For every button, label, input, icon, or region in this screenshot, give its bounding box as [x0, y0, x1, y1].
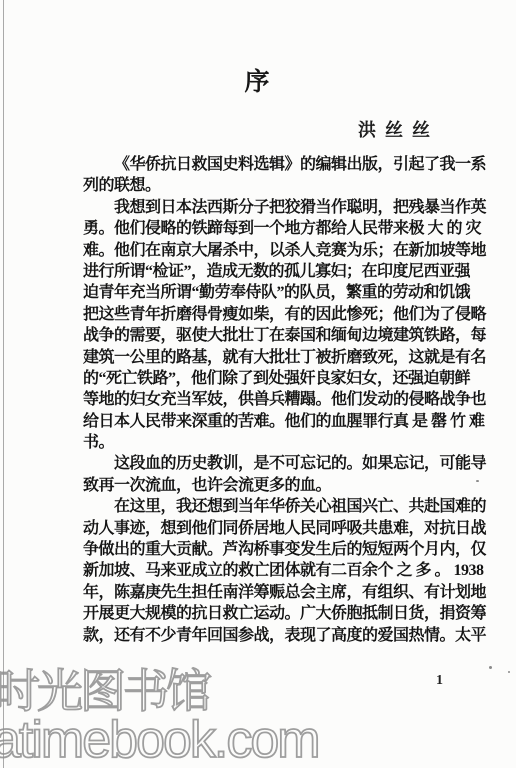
text-line: 战争的需要，驱使大批壮丁在泰国和缅甸边境建筑铁路，每 [83, 325, 483, 346]
text-line: 年，陈嘉庚先生担任南洋筹赈总会主席，有组织、有计划地 [83, 582, 483, 603]
body-text: 《华侨抗日救国史料选辑》的编辑出版，引起了我一系列的联想。我想到日本法西斯分子把… [83, 154, 483, 646]
text-line: 给日本人民带来深重的苦难。他们的血腥罪行真 是 罄 竹 难 [83, 411, 483, 432]
watermark-website: atimebook.com [0, 710, 319, 768]
text-line: 列的联想。 [83, 175, 483, 196]
text-line: 开展更大规模的抗日救亡运动。广大侨胞抵制日货，捐资筹 [83, 603, 483, 624]
page-title: 序 [0, 62, 516, 98]
text-line: 难。他们在南京大屠杀中，以杀人竞赛为乐；在新加坡等地 [83, 240, 483, 261]
scan-edge-line [3, 0, 4, 768]
page-number: 1 [436, 673, 443, 689]
text-line: 在这里，我还想到当年华侨关心祖国兴亡、共赴国难的 [83, 496, 483, 517]
text-line: 我想到日本法西斯分子把狡猾当作聪明，把残暴当作英 [83, 197, 483, 218]
text-line: 迫青年充当所谓“勤劳奉侍队”的队员，繁重的劳动和饥饿 [83, 282, 483, 303]
text-line: 等地的妇女充当军妓，供兽兵糟蹋。他们发动的侵略战争也 [83, 389, 483, 410]
text-line: 进行所谓“检证”，造成无数的孤儿寡妇；在印度尼西亚强 [83, 261, 483, 282]
text-line: 建筑一公里的路基，就有大批壮丁被折磨致死，这就是有名 [83, 347, 483, 368]
text-line: 款，还有不少青年回国参战，表现了高度的爱国热情。太平 [83, 625, 483, 646]
text-line: 的“死亡铁路”，他们除了到处强奸良家妇女，还强迫朝鲜 [83, 368, 483, 389]
scan-speck [508, 671, 510, 673]
scan-speck [476, 480, 479, 482]
scanned-book-page: 序 洪丝丝 《华侨抗日救国史料选辑》的编辑出版，引起了我一系列的联想。我想到日本… [0, 0, 516, 768]
text-line: 争做出的重大贡献。芦沟桥事变发生后的短短两个月内，仅 [83, 539, 483, 560]
text-line: 新加坡、马来亚成立的救亡团体就有二百余个 之 多 。 1938 [83, 560, 483, 581]
text-line: 动人事迹，想到他们同侨居地人民同呼吸共患难，对抗日战 [83, 518, 483, 539]
text-line: 书。 [83, 432, 483, 453]
author-name: 洪丝丝 [358, 116, 439, 142]
text-line: 这段血的历史教训，是不可忘记的。如果忘记，可能导 [83, 453, 483, 474]
scan-speck [489, 666, 492, 669]
text-line: 《华侨抗日救国史料选辑》的编辑出版，引起了我一系 [83, 154, 483, 175]
text-line: 把这些青年折磨得骨瘦如柴，有的因此惨死；他们为了侵略 [83, 304, 483, 325]
text-line: 致再一次流血，也许会流更多的血。 [83, 475, 483, 496]
text-line: 勇。他们侵略的铁蹄每到一个地方都给人民带来极 大 的 灾 [83, 218, 483, 239]
